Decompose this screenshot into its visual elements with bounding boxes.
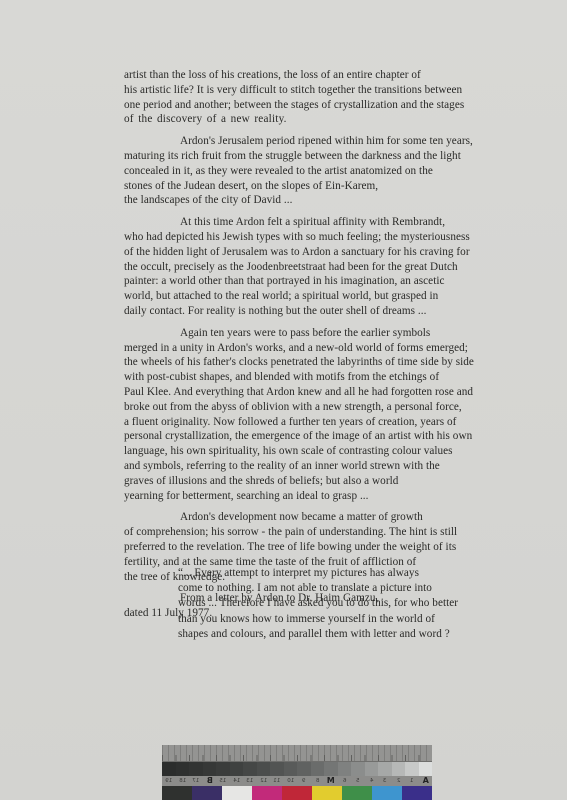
patch-label: 15 xyxy=(216,776,230,786)
color-patch xyxy=(252,786,282,800)
patch-label: 19 xyxy=(162,776,176,786)
gray-patch xyxy=(378,762,392,776)
text-line: of comprehension; his sorrow - the pain … xyxy=(124,525,474,540)
body-text: artist than the loss of his creations, t… xyxy=(124,68,474,628)
patch-label: 12 xyxy=(257,776,271,786)
text-line: world, but attached to the real world; a… xyxy=(124,289,474,304)
text-line: language, his own spirituality, his own … xyxy=(124,444,474,459)
paragraph-4: Again ten years were to pass before the … xyxy=(124,326,474,504)
gray-patch xyxy=(338,762,352,776)
text-line: preferred to the revelation. The tree of… xyxy=(124,540,474,555)
color-patch xyxy=(162,786,192,800)
quote-line: shapes and colours, and parallel them wi… xyxy=(178,627,478,642)
patch-label: 13 xyxy=(243,776,257,786)
color-patch xyxy=(342,786,372,800)
text-line: a fluent originality. Now followed a fur… xyxy=(124,415,474,430)
patch-label: M xyxy=(324,776,338,786)
paragraph-1: artist than the loss of his creations, t… xyxy=(124,68,474,127)
gray-patch xyxy=(405,762,419,776)
gray-patch xyxy=(419,762,433,776)
text-line: Again ten years were to pass before the … xyxy=(124,326,474,341)
text-line: personal crystallization, the emergence … xyxy=(124,429,474,444)
text-line: merged in a unity in Ardon's works, and … xyxy=(124,341,474,356)
ruler-ticks xyxy=(162,755,432,761)
patch-label: 3 xyxy=(378,776,392,786)
gray-patch xyxy=(270,762,284,776)
gray-patch xyxy=(392,762,406,776)
text-line: painter: a world other than that portray… xyxy=(124,274,474,289)
paragraph-3: At this time Ardon felt a spiritual affi… xyxy=(124,215,474,319)
text-line: concealed in it, as they were revealed t… xyxy=(124,164,474,179)
gray-scale-patches xyxy=(162,762,432,776)
text-line: and symbols, referring to the reality of… xyxy=(124,459,474,474)
gray-patch xyxy=(176,762,190,776)
gray-patch xyxy=(243,762,257,776)
text-line: graves of illusions and the shreds of be… xyxy=(124,474,474,489)
color-patches xyxy=(162,786,432,800)
block-quote: “... Every attempt to interpret my pictu… xyxy=(178,566,478,642)
gray-patch xyxy=(257,762,271,776)
text-line: one period and another; between the stag… xyxy=(124,98,474,113)
quote-line: “... Every attempt to interpret my pictu… xyxy=(178,566,478,581)
patch-label: 14 xyxy=(230,776,244,786)
patch-label: 4 xyxy=(365,776,379,786)
color-patch xyxy=(282,786,312,800)
patch-label: 8 xyxy=(311,776,325,786)
text-line: At this time Ardon felt a spiritual affi… xyxy=(124,215,474,230)
gray-patch xyxy=(297,762,311,776)
patch-label: 17 xyxy=(189,776,203,786)
color-calibration-strip: 191817B15141312111098M654321A xyxy=(162,745,432,800)
text-line: his artistic life? It is very difficult … xyxy=(124,83,474,98)
color-patch xyxy=(372,786,402,800)
scanned-page: artist than the loss of his creations, t… xyxy=(0,0,567,800)
quote-line: than you knows how to immerse yourself i… xyxy=(178,612,478,627)
patch-label: 11 xyxy=(270,776,284,786)
color-patch xyxy=(222,786,252,800)
patch-label: A xyxy=(419,776,433,786)
color-patch xyxy=(312,786,342,800)
gray-patch xyxy=(216,762,230,776)
text-line: with post-cubist shapes, and blended wit… xyxy=(124,370,474,385)
text-line: yearning for betterment, searching an id… xyxy=(124,489,474,504)
text-line: maturing its rich fruit from the struggl… xyxy=(124,149,474,164)
gray-scale-labels: 191817B15141312111098M654321A xyxy=(162,776,432,786)
gray-patch xyxy=(203,762,217,776)
text-line: who had depicted his Jewish types with s… xyxy=(124,230,474,245)
quote-line: come to nothing. I am not able to transl… xyxy=(178,581,478,596)
gray-patch xyxy=(284,762,298,776)
text-line: stones of the Judean desert, on the slop… xyxy=(124,179,474,194)
text-line: the wheels of his father's clocks penetr… xyxy=(124,355,474,370)
gray-patch xyxy=(324,762,338,776)
patch-label: 18 xyxy=(176,776,190,786)
text-line: Ardon's Jerusalem period ripened within … xyxy=(124,134,474,149)
gray-patch xyxy=(230,762,244,776)
paragraph-2: Ardon's Jerusalem period ripened within … xyxy=(124,134,474,208)
text-line: artist than the loss of his creations, t… xyxy=(124,68,474,83)
quote-line: words ... Therefore I have asked you to … xyxy=(178,596,478,611)
gray-patch xyxy=(189,762,203,776)
patch-label: 1 xyxy=(405,776,419,786)
text-line: Paul Klee. And everything that Ardon kne… xyxy=(124,385,474,400)
gray-patch xyxy=(365,762,379,776)
patch-label: 10 xyxy=(284,776,298,786)
patch-label: B xyxy=(203,776,217,786)
patch-label: 5 xyxy=(351,776,365,786)
text-line: of the hidden light of Jerusalem was to … xyxy=(124,245,474,260)
text-line: broke out from the abyss of oblivion wit… xyxy=(124,400,474,415)
text-line: of the discovery of a new reality. xyxy=(124,112,474,127)
text-line: daily contact. For reality is nothing bu… xyxy=(124,304,474,319)
gray-patch xyxy=(311,762,325,776)
gray-patch xyxy=(351,762,365,776)
text-line: the occult, precisely as the Joodenbreet… xyxy=(124,260,474,275)
patch-label: 6 xyxy=(338,776,352,786)
gray-patch xyxy=(162,762,176,776)
text-line: Ardon's development now became a matter … xyxy=(124,510,474,525)
text-line: the landscapes of the city of David ... xyxy=(124,193,474,208)
color-patch xyxy=(402,786,432,800)
patch-label: 9 xyxy=(297,776,311,786)
patch-label: 2 xyxy=(392,776,406,786)
color-patch xyxy=(192,786,222,800)
